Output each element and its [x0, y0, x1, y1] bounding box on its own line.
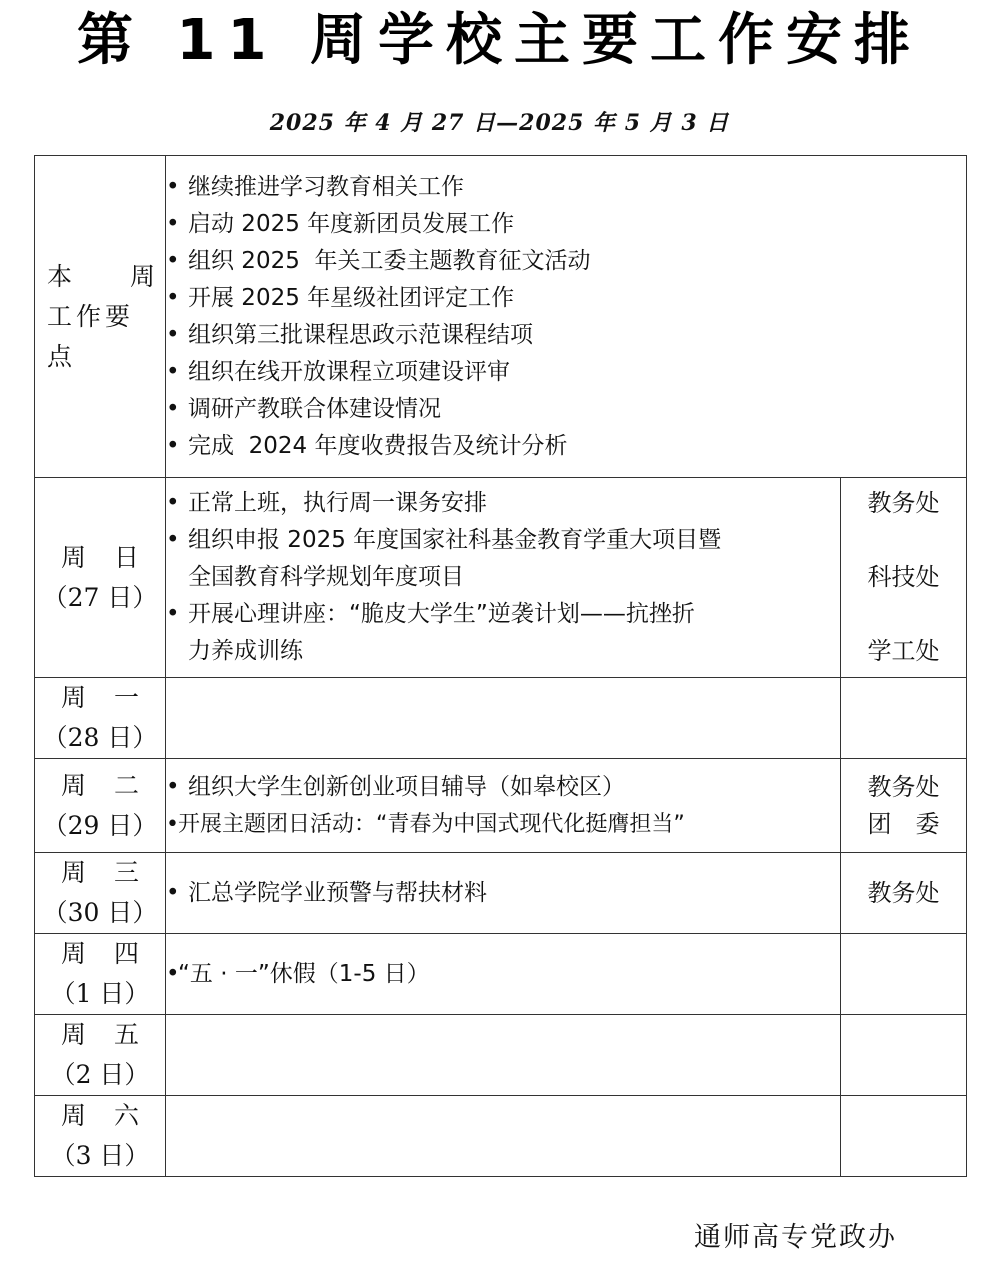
key-point-item: •启动 2025 年度新团员发展工作	[166, 206, 966, 243]
day-date: （28 日）	[35, 718, 165, 758]
day-items	[166, 1015, 841, 1096]
bullet-icon: •	[166, 956, 178, 993]
dept-label: 团 委	[841, 806, 966, 843]
bullet-icon: •	[166, 206, 188, 243]
day-row-monday: 周一 （28 日）	[35, 678, 967, 759]
day-items: •组织大学生创新创业项目辅导（如皋校区） •开展主题团日活动：“青春为中国式现代…	[166, 759, 841, 853]
bullet-icon: •	[166, 875, 188, 912]
key-points-label: 本周 工作要点	[35, 156, 166, 478]
weekday: 六	[114, 1096, 139, 1136]
weekday-prefix: 周	[61, 678, 86, 718]
item-text: 开展主题团日活动：“青春为中国式现代化挺膺担当”	[178, 812, 685, 837]
weekday-prefix: 周	[61, 934, 86, 974]
weekday-prefix: 周	[61, 1096, 86, 1136]
key-points-row: 本周 工作要点 •继续推进学习教育相关工作 •启动 2025 年度新团员发展工作…	[35, 156, 967, 478]
key-point-item: •开展 2025 年星级社团评定工作	[166, 280, 966, 317]
item-text: 调研产教联合体建设情况	[188, 396, 441, 422]
item-text: 组织大学生创新创业项目辅导（如皋校区）	[188, 774, 625, 800]
dept-cell: 教务处 团 委	[841, 759, 967, 853]
day-label: 周四 （1 日）	[35, 934, 166, 1015]
key-point-item: •继续推进学习教育相关工作	[166, 169, 966, 206]
dept-cell	[841, 1096, 967, 1177]
bullet-icon: •	[166, 806, 178, 843]
day-label: 周六 （3 日）	[35, 1096, 166, 1177]
document-title: 第 11 周学校主要工作安排	[0, 6, 999, 76]
day-item: •组织申报 2025 年度国家社科基金教育学重大项目暨	[166, 522, 840, 559]
day-row-tuesday: 周二 （29 日） •组织大学生创新创业项目辅导（如皋校区） •开展主题团日活动…	[35, 759, 967, 853]
day-row-saturday: 周六 （3 日）	[35, 1096, 967, 1177]
key-point-item: •调研产教联合体建设情况	[166, 391, 966, 428]
weekday-prefix: 周	[61, 766, 86, 806]
day-items: •正常上班，执行周一课务安排 •组织申报 2025 年度国家社科基金教育学重大项…	[166, 478, 841, 678]
bullet-icon: •	[166, 243, 188, 280]
day-items	[166, 678, 841, 759]
key-point-item: •组织在线开放课程立项建设评审	[166, 354, 966, 391]
dept-label: 教务处	[841, 485, 966, 522]
dept-label: 教务处	[841, 769, 966, 806]
label-part: 本	[47, 257, 72, 297]
bullet-icon: •	[166, 485, 188, 522]
weekday-prefix: 周	[61, 1015, 86, 1055]
bullet-icon: •	[166, 428, 188, 465]
bullet-icon: •	[166, 354, 188, 391]
item-text: 开展心理讲座：“脆皮大学生”逆袭计划——抗挫折	[188, 601, 695, 627]
day-item: •开展主题团日活动：“青春为中国式现代化挺膺担当”	[166, 806, 840, 843]
dept-cell	[841, 934, 967, 1015]
day-date: （30 日）	[35, 893, 165, 933]
label-part: 周	[130, 257, 155, 297]
key-point-item: •完成 2024 年度收费报告及统计分析	[166, 428, 966, 465]
day-date: （1 日）	[35, 974, 165, 1014]
item-text: 组织在线开放课程立项建设评审	[188, 359, 510, 385]
weekday: 三	[114, 853, 139, 893]
day-label: 周三 （30 日）	[35, 853, 166, 934]
day-item: •汇总学院学业预警与帮扶材料	[166, 875, 840, 912]
weekday-prefix: 周	[61, 853, 86, 893]
bullet-icon: •	[166, 169, 188, 206]
day-item: •组织大学生创新创业项目辅导（如皋校区）	[166, 769, 840, 806]
day-row-thursday: 周四 （1 日） •“五 · 一”休假（1-5 日）	[35, 934, 967, 1015]
key-point-item: •组织第三批课程思政示范课程结项	[166, 317, 966, 354]
item-text: 正常上班，执行周一课务安排	[188, 490, 487, 516]
day-row-sunday: 周日 （27 日） •正常上班，执行周一课务安排 •组织申报 2025 年度国家…	[35, 478, 967, 678]
day-items: •汇总学院学业预警与帮扶材料	[166, 853, 841, 934]
day-label: 周五 （2 日）	[35, 1015, 166, 1096]
item-text: 组织申报 2025 年度国家社科基金教育学重大项目暨	[188, 527, 721, 553]
bullet-icon: •	[166, 280, 188, 317]
item-text: 汇总学院学业预警与帮扶材料	[188, 880, 487, 906]
bullet-icon: •	[166, 391, 188, 428]
day-date: （2 日）	[35, 1055, 165, 1095]
item-text: 组织第三批课程思政示范课程结项	[188, 322, 533, 348]
item-text: 组织 2025 年关工委主题教育征文活动	[188, 248, 590, 274]
bullet-icon: •	[166, 769, 188, 806]
day-date: （3 日）	[35, 1136, 165, 1176]
dept-cell: 教务处 科技处 学工处	[841, 478, 967, 678]
day-label: 周一 （28 日）	[35, 678, 166, 759]
bullet-icon: •	[166, 522, 188, 559]
day-label: 周二 （29 日）	[35, 759, 166, 853]
dept-cell: 教务处	[841, 853, 967, 934]
item-text: 继续推进学习教育相关工作	[188, 174, 464, 200]
bullet-icon: •	[166, 596, 188, 633]
dept-cell	[841, 1015, 967, 1096]
item-text: “五 · 一”休假（1-5 日）	[178, 961, 430, 987]
schedule-table: 本周 工作要点 •继续推进学习教育相关工作 •启动 2025 年度新团员发展工作…	[34, 155, 967, 1177]
weekday: 二	[114, 766, 139, 806]
day-item-continuation: 力养成训练	[166, 633, 840, 670]
day-item: •开展心理讲座：“脆皮大学生”逆袭计划——抗挫折	[166, 596, 840, 633]
day-date: （27 日）	[35, 578, 165, 618]
day-items	[166, 1096, 841, 1177]
key-point-item: •组织 2025 年关工委主题教育征文活动	[166, 243, 966, 280]
item-text: 启动 2025 年度新团员发展工作	[188, 211, 514, 237]
issuer-signature: 通师高专党政办	[694, 1215, 897, 1254]
weekday: 日	[114, 538, 139, 578]
dept-label: 学工处	[841, 633, 966, 670]
weekday-prefix: 周	[61, 538, 86, 578]
dept-cell	[841, 678, 967, 759]
label-part: 工作要点	[35, 297, 165, 377]
date-range: 2025 年 4 月 27 日—2025 年 5 月 3 日	[0, 108, 999, 138]
day-item: •“五 · 一”休假（1-5 日）	[166, 956, 840, 993]
dept-label: 教务处	[841, 875, 966, 912]
day-row-friday: 周五 （2 日）	[35, 1015, 967, 1096]
weekday: 四	[114, 934, 139, 974]
day-date: （29 日）	[35, 806, 165, 846]
dept-label: 科技处	[841, 559, 966, 596]
day-row-wednesday: 周三 （30 日） •汇总学院学业预警与帮扶材料 教务处	[35, 853, 967, 934]
item-text: 完成 2024 年度收费报告及统计分析	[188, 433, 567, 459]
weekday: 一	[114, 678, 139, 718]
bullet-icon: •	[166, 317, 188, 354]
weekday: 五	[114, 1015, 139, 1055]
item-text: 开展 2025 年星级社团评定工作	[188, 285, 514, 311]
day-item-continuation: 全国教育科学规划年度项目	[166, 559, 840, 596]
day-label: 周日 （27 日）	[35, 478, 166, 678]
day-item: •正常上班，执行周一课务安排	[166, 485, 840, 522]
key-points-list: •继续推进学习教育相关工作 •启动 2025 年度新团员发展工作 •组织 202…	[166, 156, 967, 478]
day-items: •“五 · 一”休假（1-5 日）	[166, 934, 841, 1015]
